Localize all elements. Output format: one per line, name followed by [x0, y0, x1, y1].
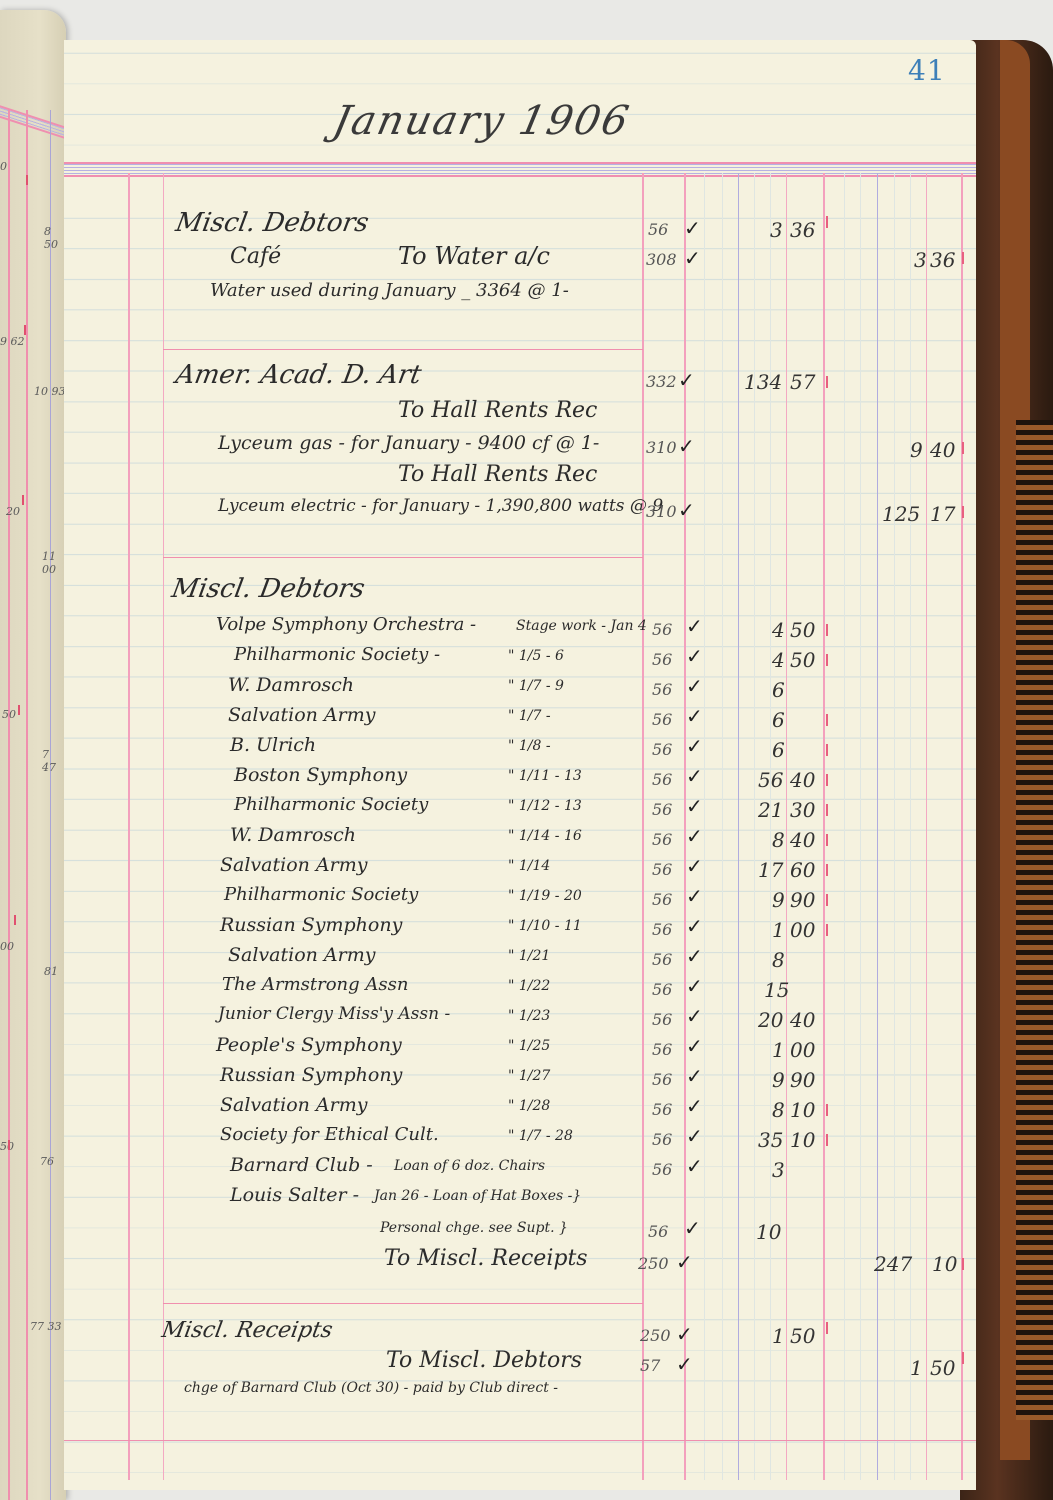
- red-tick-mark: [962, 1258, 972, 1270]
- debtor-name: Junior Clergy Miss'y Assn -: [218, 1004, 450, 1024]
- debit-cents: 40: [790, 768, 815, 792]
- margin-value: 20: [6, 505, 20, 518]
- check-mark: ✓: [686, 884, 703, 908]
- credit-dollars: 247: [874, 1252, 912, 1276]
- margin-value: 9 62: [0, 335, 25, 348]
- credit-cents: 50: [930, 1356, 955, 1380]
- check-mark: ✓: [684, 1216, 701, 1240]
- folio: 56: [652, 1040, 672, 1059]
- red-tick-mark: [826, 376, 836, 388]
- check-mark: ✓: [676, 1322, 693, 1346]
- folio: 250: [638, 1254, 669, 1273]
- debit-cents: 57: [790, 370, 815, 394]
- debit-cents: 10: [790, 1128, 815, 1152]
- page-edges: [1016, 420, 1053, 1420]
- folio: 56: [652, 980, 672, 999]
- debtor-name: Society for Ethical Cult.: [220, 1124, 439, 1145]
- credit-account: To Hall Rents Rec: [398, 462, 597, 487]
- folio: 308: [646, 250, 677, 269]
- debtor-name: Volpe Symphony Orchestra -: [216, 614, 476, 635]
- red-tick-mark: [826, 1134, 836, 1146]
- check-mark: ✓: [686, 914, 703, 938]
- item-detail: " 1/14: [508, 858, 550, 874]
- item-detail: " 1/11 - 13: [508, 768, 582, 784]
- debit-dollars: 6: [772, 738, 785, 762]
- line-description: Lyceum electric - for January - 1,390,80…: [218, 496, 663, 516]
- margin-value: 81: [44, 965, 58, 978]
- page-number: 41: [908, 54, 946, 87]
- debit-dollars: 3: [770, 218, 783, 242]
- check-mark: ✓: [686, 704, 703, 728]
- debit-end-rule: [823, 173, 825, 1480]
- debit-dollars: 8: [772, 828, 785, 852]
- red-tick-mark: [826, 924, 836, 936]
- margin-rule: [128, 173, 130, 1480]
- debtor-name: Russian Symphony: [220, 914, 402, 936]
- debtor-name: Salvation Army: [220, 1094, 367, 1116]
- folio: 56: [652, 620, 672, 639]
- credit-cents: 36: [930, 248, 955, 272]
- red-tick-mark: [8, 1140, 16, 1150]
- folio: 56: [652, 710, 672, 729]
- check-mark: ✓: [686, 944, 703, 968]
- entry-note: chge of Barnard Club (Oct 30) - paid by …: [184, 1380, 558, 1396]
- item-detail: " 1/27: [508, 1068, 550, 1084]
- page-heading: January 1906: [329, 98, 634, 144]
- debit-cents: 60: [790, 858, 815, 882]
- check-mark: ✓: [686, 1124, 703, 1148]
- check-mark: ✓: [678, 498, 695, 522]
- debit-cents: 00: [790, 918, 815, 942]
- margin-value: 76: [40, 1155, 54, 1168]
- red-tick-mark: [14, 915, 22, 925]
- red-tick-mark: [18, 705, 26, 715]
- credit-cents-rule: [926, 173, 927, 1480]
- check-mark: ✓: [678, 368, 695, 392]
- previous-page-edge: 0 8 50 9 62 10 93 20 11 00 50 7 47 00 81…: [0, 10, 66, 1500]
- debit-dollars: 8: [772, 1098, 785, 1122]
- line-description: Café: [230, 244, 281, 269]
- folio: 56: [652, 950, 672, 969]
- grid-rule: [722, 173, 723, 1480]
- red-tick-mark: [26, 175, 34, 185]
- folio: 56: [652, 890, 672, 909]
- red-tick-mark: [826, 654, 836, 666]
- credit-account: To Miscl. Receipts: [384, 1246, 588, 1271]
- credit-column-rule: [877, 173, 878, 1480]
- check-mark: ✓: [686, 1004, 703, 1028]
- debit-cents: 50: [790, 1324, 815, 1348]
- margin-value: 7 47: [42, 748, 66, 774]
- red-tick-mark: [826, 774, 836, 786]
- item-detail: " 1/14 - 16: [508, 828, 582, 844]
- debit-dollars: 4: [772, 618, 785, 642]
- folio: 332: [646, 372, 677, 391]
- item-detail: " 1/7 - 28: [508, 1128, 573, 1144]
- folio: 310: [646, 502, 677, 521]
- check-mark: ✓: [686, 614, 703, 638]
- debit-dollars: 3: [772, 1158, 785, 1182]
- item-detail: Loan of 6 doz. Chairs: [394, 1158, 545, 1174]
- grid-rule: [704, 173, 705, 1480]
- item-detail: " 1/7 - 9: [508, 678, 564, 694]
- debit-dollars: 4: [772, 648, 785, 672]
- folio: 56: [652, 1100, 672, 1119]
- debit-dollars: 1: [772, 1324, 785, 1348]
- credit-cents: 40: [930, 438, 955, 462]
- debtor-name: The Armstrong Assn: [222, 974, 408, 995]
- check-mark: ✓: [686, 854, 703, 878]
- folio: 56: [652, 680, 672, 699]
- red-tick-mark: [962, 442, 972, 454]
- credit-dollars: 9: [910, 438, 923, 462]
- debtor-name: W. Damrosch: [230, 824, 356, 846]
- debit-cents: 90: [790, 888, 815, 912]
- header-rule: [64, 162, 976, 177]
- check-mark: ✓: [686, 1094, 703, 1118]
- item-detail: " 1/28: [508, 1098, 550, 1114]
- debtor-name: W. Damrosch: [228, 674, 354, 696]
- check-mark: ✓: [676, 1250, 693, 1274]
- credit-account: To Water a/c: [398, 242, 550, 270]
- debtor-name: Salvation Army: [228, 704, 375, 726]
- credit-cents: 10: [932, 1252, 957, 1276]
- folio: 56: [648, 1222, 668, 1241]
- line-description: Lyceum gas - for January - 9400 cf @ 1-: [218, 432, 599, 454]
- debit-dollars: 21: [758, 798, 783, 822]
- red-tick-mark: [22, 495, 30, 505]
- grid-rule: [860, 173, 861, 1480]
- check-mark: ✓: [686, 1154, 703, 1178]
- debit-dollars: 6: [772, 678, 785, 702]
- account-name: Amer. Acad. D. Art: [173, 360, 423, 390]
- red-tick-mark: [826, 1322, 836, 1334]
- debit-dollars: 9: [772, 1068, 785, 1092]
- item-detail: " 1/21: [508, 948, 550, 964]
- margin-value: 8 50: [44, 225, 66, 251]
- credit-account: To Miscl. Debtors: [386, 1348, 582, 1373]
- folio: 56: [652, 830, 672, 849]
- item-detail: Stage work - Jan 4: [516, 618, 647, 634]
- check-mark: ✓: [686, 974, 703, 998]
- debtor-name: People's Symphony: [216, 1034, 402, 1056]
- margin-value: 11 00: [42, 550, 66, 576]
- debtor-name: Philharmonic Society -: [234, 644, 440, 665]
- item-detail: Personal chge. see Supt. }: [380, 1220, 568, 1236]
- debit-dollars: 1: [772, 1038, 785, 1062]
- debtor-name: Philharmonic Society: [224, 884, 418, 905]
- credit-dollars: 1: [910, 1356, 923, 1380]
- folio: 56: [652, 740, 672, 759]
- debit-dollars: 1: [772, 918, 785, 942]
- red-tick-mark: [826, 864, 836, 876]
- debtor-name: Louis Salter -: [230, 1184, 359, 1206]
- credit-end-rule: [961, 173, 963, 1480]
- item-detail: Jan 26 - Loan of Hat Boxes -}: [374, 1188, 581, 1204]
- item-detail: " 1/23: [508, 1008, 550, 1024]
- folio: 56: [652, 1070, 672, 1089]
- debtor-name: Boston Symphony: [234, 764, 407, 786]
- folio: 56: [652, 1130, 672, 1149]
- page-bottom-rule: [64, 1440, 976, 1441]
- check-mark: ✓: [684, 246, 701, 270]
- check-mark: ✓: [686, 1064, 703, 1088]
- ledger-page: 41 January 1906 Miscl. Debtors 56 ✓ 3 36…: [64, 40, 976, 1490]
- folio: 57: [640, 1356, 660, 1375]
- account-name: Miscl. Debtors: [173, 208, 371, 238]
- check-mark: ✓: [686, 674, 703, 698]
- debtor-name: Salvation Army: [228, 944, 375, 966]
- debit-cents: 50: [790, 648, 815, 672]
- item-detail: " 1/19 - 20: [508, 888, 582, 904]
- item-detail: " 1/12 - 13: [508, 798, 582, 814]
- check-mark: ✓: [678, 434, 695, 458]
- folio: 56: [652, 1160, 672, 1179]
- red-tick-mark: [826, 834, 836, 846]
- column-rule: [50, 110, 51, 1500]
- item-detail: " 1/10 - 11: [508, 918, 582, 934]
- debit-cents: 10: [790, 1098, 815, 1122]
- entry-note: Water used during January _ 3364 @ 1-: [210, 280, 569, 301]
- folio: 56: [648, 220, 668, 239]
- account-name: Miscl. Receipts: [160, 1318, 335, 1343]
- debit-cents: 40: [790, 828, 815, 852]
- check-mark: ✓: [684, 216, 701, 240]
- check-mark: ✓: [686, 764, 703, 788]
- debit-column-rule: [738, 173, 739, 1480]
- check-mark: ✓: [676, 1352, 693, 1376]
- check-mark: ✓: [686, 734, 703, 758]
- margin-value: 50: [2, 708, 16, 721]
- red-tick-mark: [826, 804, 836, 816]
- red-tick-mark: [826, 714, 836, 726]
- check-mark: ✓: [686, 644, 703, 668]
- red-tick-mark: [826, 216, 836, 228]
- debit-dollars: 8: [772, 948, 785, 972]
- red-tick-mark: [826, 624, 836, 636]
- entry-separator: [163, 1303, 643, 1304]
- margin-value: 00: [0, 940, 14, 953]
- debit-cents: 00: [790, 1038, 815, 1062]
- credit-dollars: 125: [882, 502, 920, 526]
- debit-cents: 90: [790, 1068, 815, 1092]
- debit-dollars: 17: [758, 858, 783, 882]
- check-mark: ✓: [686, 824, 703, 848]
- folio: 56: [652, 920, 672, 939]
- folio: 56: [652, 800, 672, 819]
- debit-dollars: 35: [758, 1128, 783, 1152]
- debit-cents: 50: [790, 618, 815, 642]
- red-tick-mark: [962, 1352, 972, 1364]
- debtor-name: Barnard Club -: [230, 1154, 373, 1176]
- credit-dollars: 3: [914, 248, 927, 272]
- column-rule: [26, 110, 28, 1500]
- margin-rule: [163, 173, 164, 1480]
- red-tick-mark: [24, 325, 32, 335]
- credit-cents: 17: [930, 502, 955, 526]
- red-tick-mark: [962, 506, 972, 518]
- item-detail: " 1/7 -: [508, 708, 551, 724]
- check-mark: ✓: [686, 794, 703, 818]
- account-name: Miscl. Debtors: [169, 574, 367, 604]
- check-mark: ✓: [686, 1034, 703, 1058]
- entry-separator: [163, 349, 643, 350]
- debit-cents: 40: [790, 1008, 815, 1032]
- margin-value: 10 93: [34, 385, 66, 398]
- debtor-name: B. Ulrich: [230, 734, 316, 756]
- debit-dollars: 6: [772, 708, 785, 732]
- margin-value: 0: [0, 160, 7, 173]
- margin-value: 77 33: [30, 1320, 62, 1333]
- folio: 56: [652, 770, 672, 789]
- folio: 56: [652, 860, 672, 879]
- folio-column-rule: [642, 173, 644, 1480]
- debit-dollars: 9: [772, 888, 785, 912]
- grid-rule: [910, 173, 911, 1480]
- debit-dollars: 20: [758, 1008, 783, 1032]
- debit-cents-rule: [786, 173, 787, 1480]
- item-detail: " 1/8 -: [508, 738, 551, 754]
- item-detail: " 1/25: [508, 1038, 550, 1054]
- grid-rule: [894, 173, 895, 1480]
- debit-dollars: 10: [756, 1220, 781, 1244]
- red-tick-mark: [826, 1104, 836, 1116]
- red-tick-mark: [826, 744, 836, 756]
- debit-cents: 30: [790, 798, 815, 822]
- column-rule: [8, 110, 10, 1500]
- credit-account: To Hall Rents Rec: [398, 398, 597, 423]
- debit-dollars: 134: [744, 370, 782, 394]
- folio: 310: [646, 438, 677, 457]
- grid-rule: [844, 173, 845, 1480]
- debtor-name: Salvation Army: [220, 854, 367, 876]
- debtor-name: Philharmonic Society: [234, 794, 428, 815]
- red-tick-mark: [962, 252, 972, 264]
- item-detail: " 1/5 - 6: [508, 648, 564, 664]
- folio: 56: [652, 1010, 672, 1029]
- item-detail: " 1/22: [508, 978, 550, 994]
- debit-dollars: 56: [758, 768, 783, 792]
- debtor-name: Russian Symphony: [220, 1064, 402, 1086]
- debit-cents: 36: [790, 218, 815, 242]
- red-tick-mark: [826, 894, 836, 906]
- folio: 250: [640, 1326, 671, 1345]
- debit-dollars: 15: [764, 978, 789, 1002]
- entry-separator: [163, 557, 643, 558]
- folio: 56: [652, 650, 672, 669]
